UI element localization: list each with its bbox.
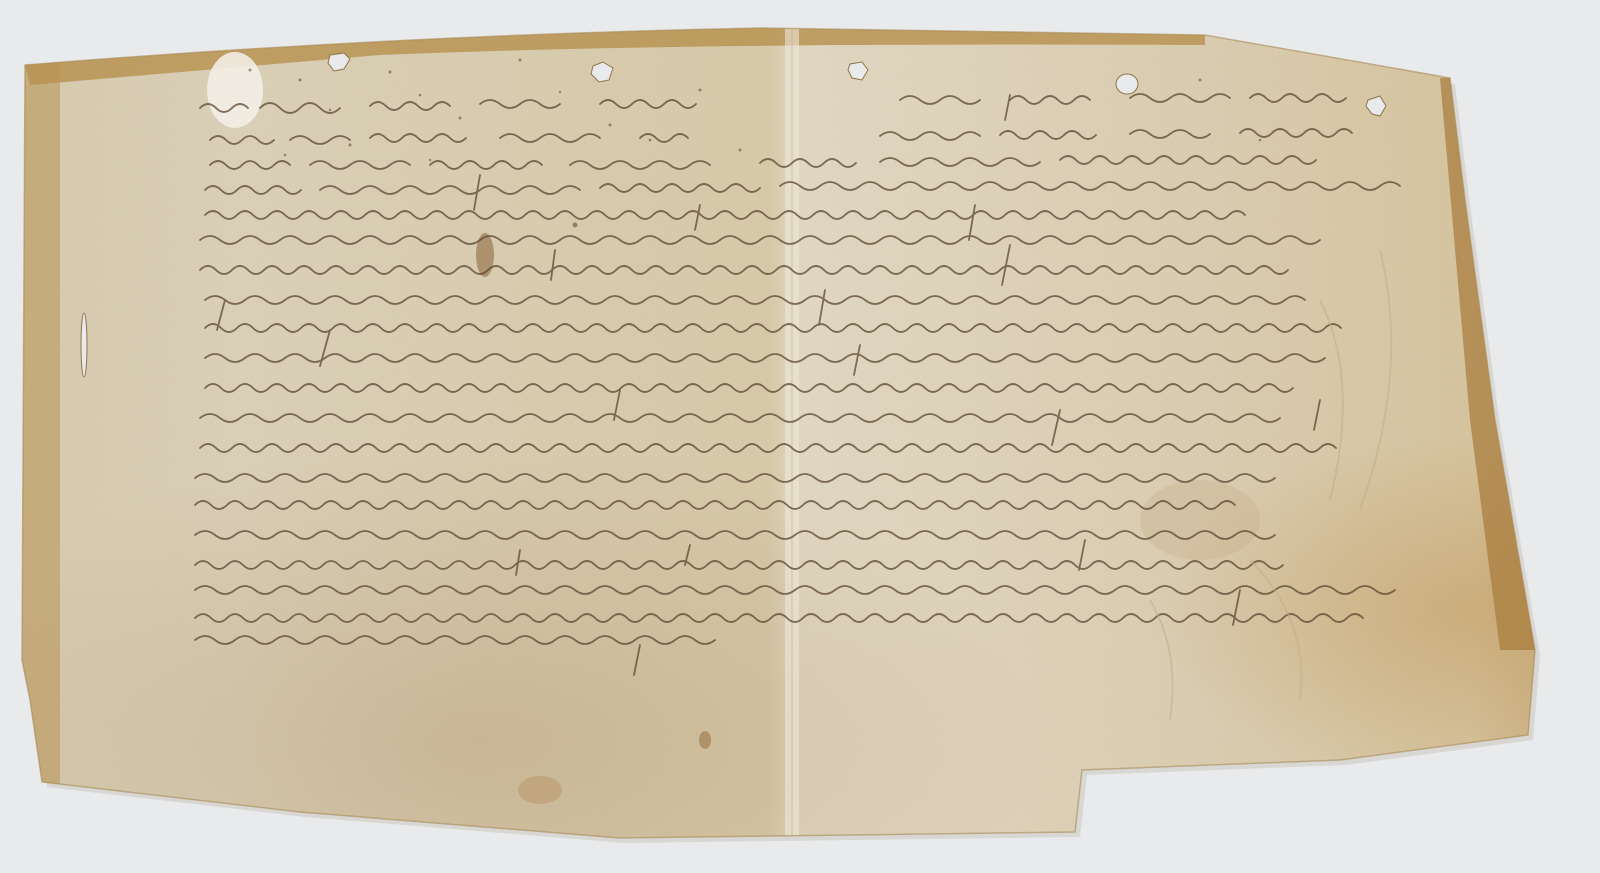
parchment-sheet	[0, 0, 1600, 873]
worn-patch	[207, 52, 263, 128]
left-edge-slit	[81, 313, 87, 377]
punch-hole-4	[1116, 74, 1138, 94]
parchment-photo	[0, 0, 1600, 873]
